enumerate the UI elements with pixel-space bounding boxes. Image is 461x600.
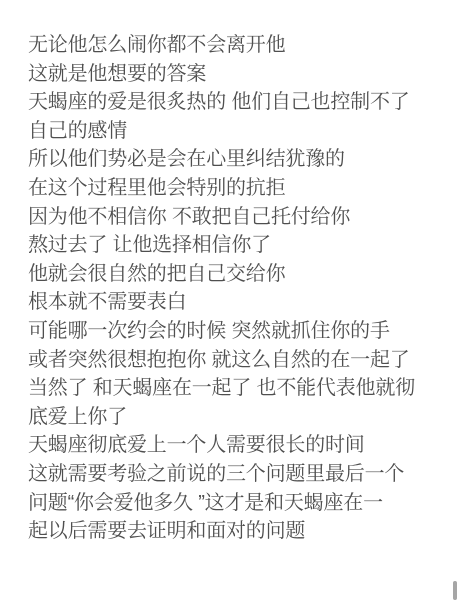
text-line: 因为他不相信你 不敢把自己托付给你 bbox=[28, 203, 447, 232]
text-line: 这就需要考验之前说的三个问题里最后一个 bbox=[28, 460, 447, 489]
text-line: 他就会很自然的把自己交给你 bbox=[28, 260, 447, 289]
text-line: 起以后需要去证明和面对的问题 bbox=[28, 517, 447, 546]
text-line: 熬过去了 让他选择相信你了 bbox=[28, 231, 447, 260]
text-line: 问题“你会爱他多久 ”这才是和天蝎座在一 bbox=[28, 489, 447, 518]
scrollbar-thumb[interactable] bbox=[453, 581, 457, 600]
article-text: 无论他怎么闹你都不会离开他这就是他想要的答案天蝎座的爱是很炙热的 他们自己也控制… bbox=[28, 31, 447, 546]
text-line: 底爱上你了 bbox=[28, 403, 447, 432]
text-line: 天蝎座彻底爱上一个人需要很长的时间 bbox=[28, 431, 447, 460]
text-line: 当然了 和天蝎座在一起了 也不能代表他就彻 bbox=[28, 374, 447, 403]
text-line: 根本就不需要表白 bbox=[28, 288, 447, 317]
text-line: 自己的感情 bbox=[28, 117, 447, 146]
text-line: 或者突然很想抱抱你 就这么自然的在一起了 bbox=[28, 346, 447, 375]
text-line: 天蝎座的爱是很炙热的 他们自己也控制不了 bbox=[28, 88, 447, 117]
text-line: 这就是他想要的答案 bbox=[28, 60, 447, 89]
text-line: 在这个过程里他会特别的抗拒 bbox=[28, 174, 447, 203]
text-line: 所以他们势必是会在心里纠结犹豫的 bbox=[28, 145, 447, 174]
text-line: 无论他怎么闹你都不会离开他 bbox=[28, 31, 447, 60]
text-line: 可能哪一次约会的时候 突然就抓住你的手 bbox=[28, 317, 447, 346]
article-page: 无论他怎么闹你都不会离开他这就是他想要的答案天蝎座的爱是很炙热的 他们自己也控制… bbox=[0, 0, 461, 600]
